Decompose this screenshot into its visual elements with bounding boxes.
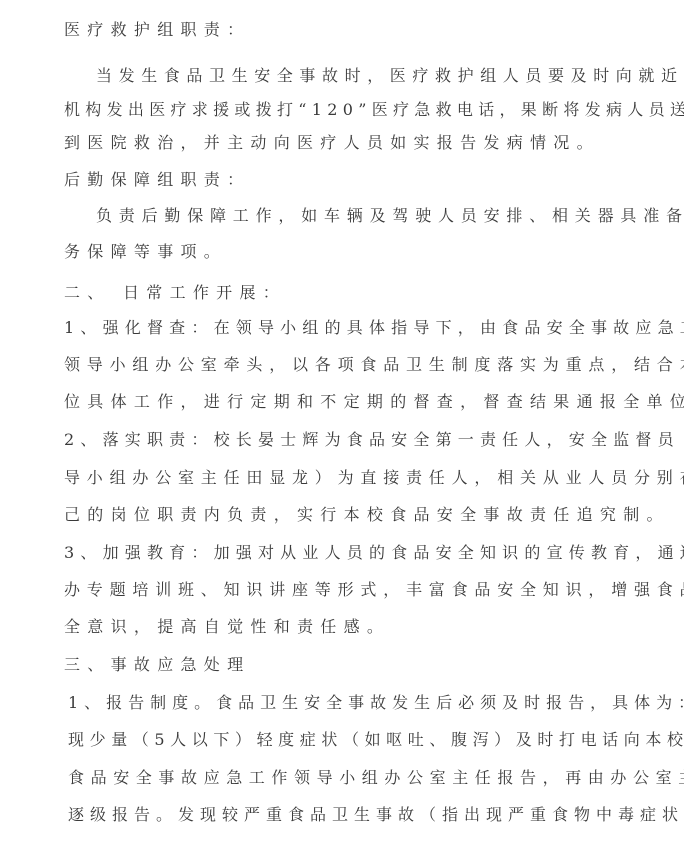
paragraph-line: 负责后勤保障工作，如车辆及驾驶人员安排、相关器具准备、财 [96, 205, 596, 227]
section-heading-emergency: 三、事故应急处理 [64, 654, 564, 676]
list-item-report: 1、报告制度。食品卫生安全事故发生后必须及时报告，具体为：发 [68, 692, 568, 714]
list-item-3: 3、加强教育：加强对从业人员的食品安全知识的宣传教育，通过举 [64, 542, 564, 564]
section-heading-medical: 医疗救护组职责： [64, 19, 564, 41]
paragraph-line: 务保障等事项。 [64, 241, 564, 263]
paragraph-line: 机构发出医疗求援或拨打“120”医疗急救电话，果断将发病人员送 [64, 99, 564, 121]
paragraph-line: 导小组办公室主任田显龙）为直接责任人，相关从业人员分别在自 [64, 467, 564, 489]
paragraph-line: 当发生食品卫生安全事故时，医疗救护组人员要及时向就近医疗 [96, 65, 596, 87]
paragraph-line: 办专题培训班、知识讲座等形式，丰富食品安全知识，增强食品安 [64, 579, 564, 601]
paragraph-line: 领导小组办公室牵头，以各项食品卫生制度落实为重点，结合本单 [64, 354, 564, 376]
paragraph-line: 全意识，提高自觉性和责任感。 [64, 616, 564, 638]
paragraph-line: 到医院救治，并主动向医疗人员如实报告发病情况。 [64, 132, 564, 154]
paragraph-line: 逐级报告。发现较严重食品卫生事故（指出现严重食物中毒症状者 [68, 804, 568, 826]
paragraph-line: 现少量（5人以下）轻度症状（如呕吐、腹泻）及时打电话向本校 [68, 729, 568, 751]
paragraph-line: 食品安全事故应急工作领导小组办公室主任报告，再由办公室主任 [68, 767, 568, 789]
paragraph-line: 己的岗位职责内负责，实行本校食品安全事故责任追究制。 [64, 504, 564, 526]
paragraph-line: 位具体工作，进行定期和不定期的督查，督查结果通报全单位。 [64, 391, 564, 413]
list-item-2: 2、落实职责：校长晏士辉为食品安全第一责任人，安全监督员（领 [64, 429, 564, 451]
list-item-1: 1、强化督查：在领导小组的具体指导下，由食品安全事故应急工作 [64, 317, 564, 339]
section-heading-logistics: 后勤保障组职责： [64, 169, 564, 191]
section-heading-daily-work: 二、 日常工作开展： [64, 282, 564, 304]
